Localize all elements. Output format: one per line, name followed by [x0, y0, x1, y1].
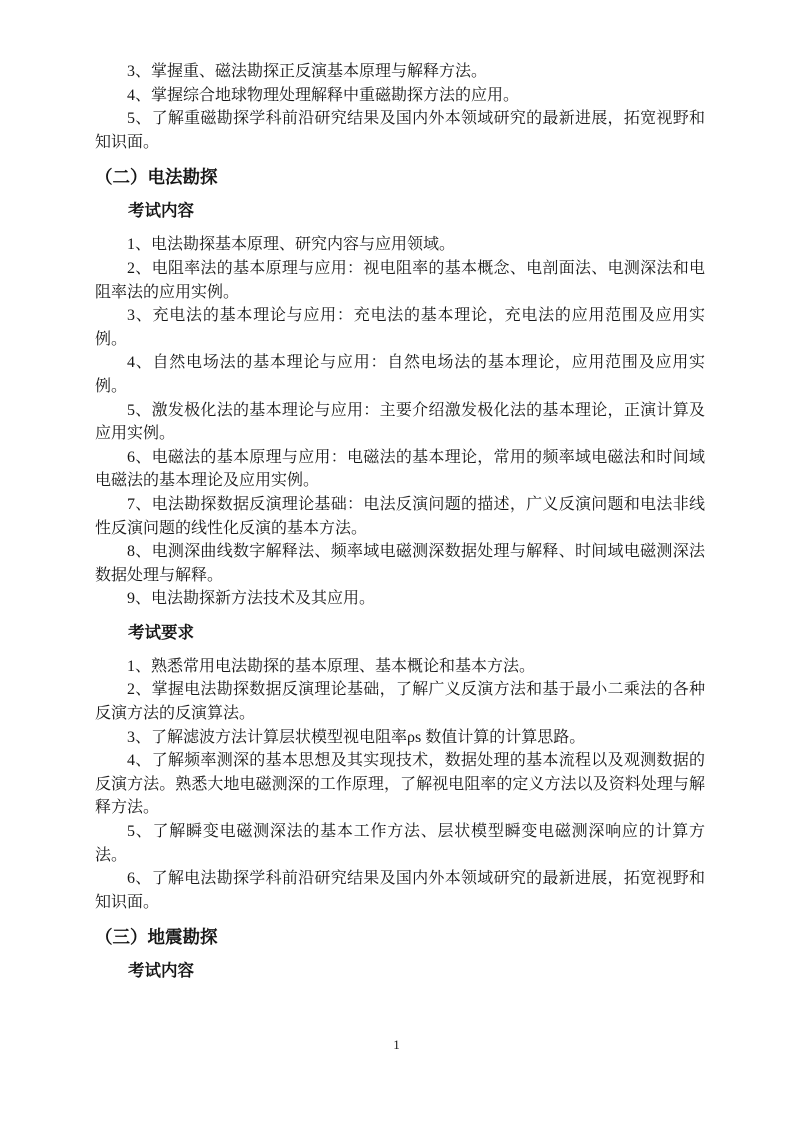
- list-item: 6、了解电法勘探学科前沿研究结果及国内外本领域研究的最新进展，拓宽视野和知识面。: [95, 867, 705, 914]
- page-number: 1: [0, 1036, 793, 1054]
- list-item: 3、掌握重、磁法勘探正反演基本原理与解释方法。: [95, 60, 705, 84]
- list-item: 8、电测深曲线数字解释法、频率域电磁测深数据处理与解释、时间域电磁测深法数据处理…: [95, 540, 705, 587]
- section-heading-seismic-prospecting: （三）地震勘探: [95, 925, 705, 949]
- list-item: 4、了解频率测深的基本思想及其实现技术，数据处理的基本流程以及观测数据的反演方法…: [95, 749, 705, 820]
- list-item: 4、掌握综合地球物理处理解释中重磁勘探方法的应用。: [95, 84, 705, 108]
- list-item: 3、充电法的基本理论与应用：充电法的基本理论，充电法的应用范围及应用实例。: [95, 304, 705, 351]
- list-item: 4、自然电场法的基本理论与应用：自然电场法的基本理论，应用范围及应用实例。: [95, 351, 705, 398]
- subsection-heading-exam-content: 考试内容: [95, 199, 705, 223]
- list-item: 6、电磁法的基本原理与应用：电磁法的基本理论，常用的频率域电磁法和时间域电磁法的…: [95, 446, 705, 493]
- list-item: 1、熟悉常用电法勘探的基本原理、基本概论和基本方法。: [95, 655, 705, 679]
- subsection-heading-exam-requirements: 考试要求: [95, 621, 705, 645]
- list-item: 3、了解滤波方法计算层状模型视电阻率ρs 数值计算的计算思路。: [95, 726, 705, 750]
- list-item: 2、掌握电法勘探数据反演理论基础，了解广义反演方法和基于最小二乘法的各种反演方法…: [95, 678, 705, 725]
- section-heading-electrical-prospecting: （二）电法勘探: [95, 165, 705, 189]
- list-item: 7、电法勘探数据反演理论基础：电法反演问题的描述，广义反演问题和电法非线性反演问…: [95, 493, 705, 540]
- document-content: 3、掌握重、磁法勘探正反演基本原理与解释方法。 4、掌握综合地球物理处理解释中重…: [95, 60, 705, 993]
- document-page: 3、掌握重、磁法勘探正反演基本原理与解释方法。 4、掌握综合地球物理处理解释中重…: [0, 0, 793, 1121]
- subsection-heading-exam-content: 考试内容: [95, 959, 705, 983]
- list-item: 5、激发极化法的基本理论与应用：主要介绍激发极化法的基本理论，正演计算及应用实例…: [95, 399, 705, 446]
- list-item: 5、了解瞬变电磁测深法的基本工作方法、层状模型瞬变电磁测深响应的计算方法。: [95, 820, 705, 867]
- list-item: 9、电法勘探新方法技术及其应用。: [95, 587, 705, 611]
- list-item: 2、电阻率法的基本原理与应用：视电阻率的基本概念、电剖面法、电测深法和电阻率法的…: [95, 257, 705, 304]
- list-item: 5、了解重磁勘探学科前沿研究结果及国内外本领域研究的最新进展，拓宽视野和知识面。: [95, 107, 705, 154]
- list-item: 1、电法勘探基本原理、研究内容与应用领域。: [95, 233, 705, 257]
